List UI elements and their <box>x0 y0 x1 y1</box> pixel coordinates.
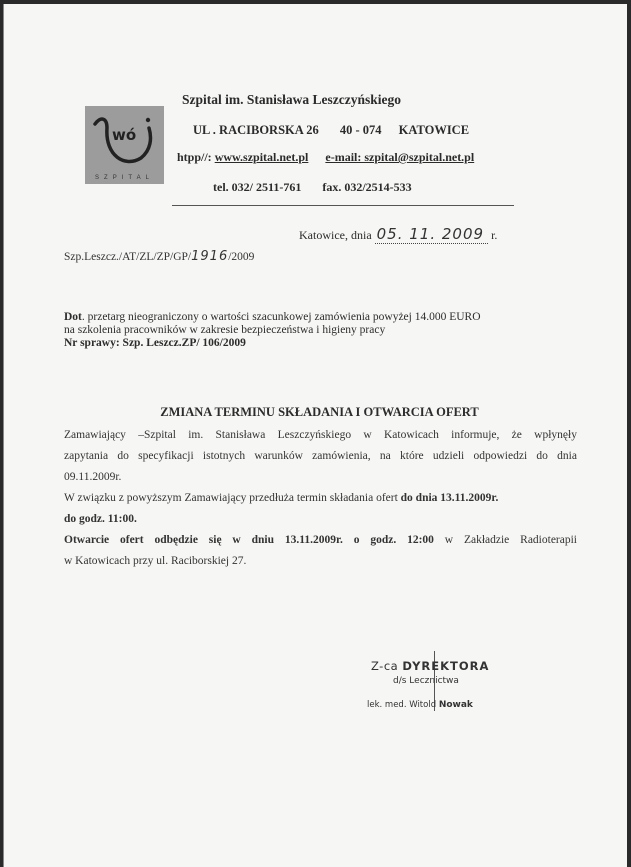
body-p3-address: w Katowicach przy ul. Raciborskiej 27. <box>64 551 577 572</box>
institution-name: Szpital im. Stanisława Leszczyńskiego <box>182 92 401 108</box>
svg-text:wó: wó <box>112 126 136 144</box>
institution-phone-fax: tel. 032/ 2511-761 fax. 032/2514-533 <box>213 180 412 195</box>
fax-number: fax. 032/2514-533 <box>322 180 411 194</box>
body-p1-line-1: Zamawiający –Szpital im. Stanisława Lesz… <box>64 425 577 446</box>
subject-line-2: na szkolenia pracowników w zakresie bezp… <box>64 324 481 337</box>
body-p3-opening: Otwarcie ofert odbędzie się w dniu 13.11… <box>64 534 434 546</box>
case-number: Nr sprawy: Szp. Leszcz.ZP/ 106/2009 <box>64 337 481 350</box>
place-and-date: Katowice, dnia 05. 11. 2009 r. <box>299 225 497 244</box>
letterhead-divider <box>172 205 514 206</box>
body-p3-location: w Zakładzie Radioterapii <box>434 534 577 546</box>
signatory-surname: Nowak <box>439 700 473 710</box>
phone-number: tel. 032/ 2511-761 <box>213 180 301 194</box>
signatory-name-prefix: lek. med. Witold <box>367 700 439 710</box>
website-link[interactable]: www.szpital.net.pl <box>215 150 309 164</box>
hospital-logo: wó SZPITAL <box>85 106 164 184</box>
signatory-department: d/s Lecznictwa <box>393 676 459 686</box>
handwritten-reference: 1916 <box>191 249 228 264</box>
reference-number: Szp.Leszcz./AT/ZL/ZP/GP/1916/2009 <box>64 249 254 264</box>
address-street: UL . RACIBORSKA 26 <box>193 123 319 137</box>
address-city: KATOWICE <box>399 123 469 137</box>
reference-suffix: /2009 <box>228 251 254 263</box>
body-paragraph-3: Otwarcie ofert odbędzie się w dniu 13.11… <box>64 530 577 572</box>
web-label: htpp//: <box>177 150 212 164</box>
date-suffix: r. <box>491 228 497 242</box>
document-title: ZMIANA TERMINU SKŁADANIA I OTWARCIA OFER… <box>4 405 631 420</box>
subject-line-1: . przetarg nieograniczony o wartości sza… <box>82 311 481 323</box>
body-paragraph-2: W związku z powyższym Zamawiający przedł… <box>64 488 577 530</box>
institution-address: UL . RACIBORSKA 26 40 - 074 KATOWICE <box>193 123 469 138</box>
address-postcode: 40 - 074 <box>340 123 382 137</box>
body-p1-line-2: zapytania do specyfikacji istotnych waru… <box>64 446 577 467</box>
body-p2-deadline: do dnia 13.11.2009r. <box>401 492 499 504</box>
body-paragraph-1: Zamawiający –Szpital im. Stanisława Lesz… <box>64 425 577 488</box>
reference-prefix: Szp.Leszcz./AT/ZL/ZP/GP/ <box>64 251 191 263</box>
logo-smile-icon: wó <box>85 106 164 184</box>
subject-block: Dot. przetarg nieograniczony o wartości … <box>64 311 481 350</box>
email-link[interactable]: e-mail: szpital@szpital.net.pl <box>325 150 474 164</box>
institution-web-contact: htpp//: www.szpital.net.pl e-mail: szpit… <box>177 150 474 165</box>
body-p1-line-3: 09.11.2009r. <box>64 467 577 488</box>
logo-caption: SZPITAL <box>85 175 164 181</box>
signatory-name: lek. med. Witold Nowak <box>367 700 473 710</box>
handwritten-date: 05. 11. 2009 <box>377 225 484 243</box>
body-p2-time: do godz. 11:00. <box>64 509 577 530</box>
signatory-title-main: DYREKTORA <box>402 659 489 673</box>
body-p2-text: W związku z powyższym Zamawiający przedł… <box>64 492 401 504</box>
signatory-title: Z-ca DYREKTORA <box>371 659 489 673</box>
subject-label: Dot <box>64 311 82 323</box>
date-prefix: Katowice, dnia <box>299 228 372 242</box>
scanned-document-page: wó SZPITAL Szpital im. Stanisława Leszcz… <box>3 4 627 867</box>
signatory-title-prefix: Z-ca <box>371 659 402 673</box>
